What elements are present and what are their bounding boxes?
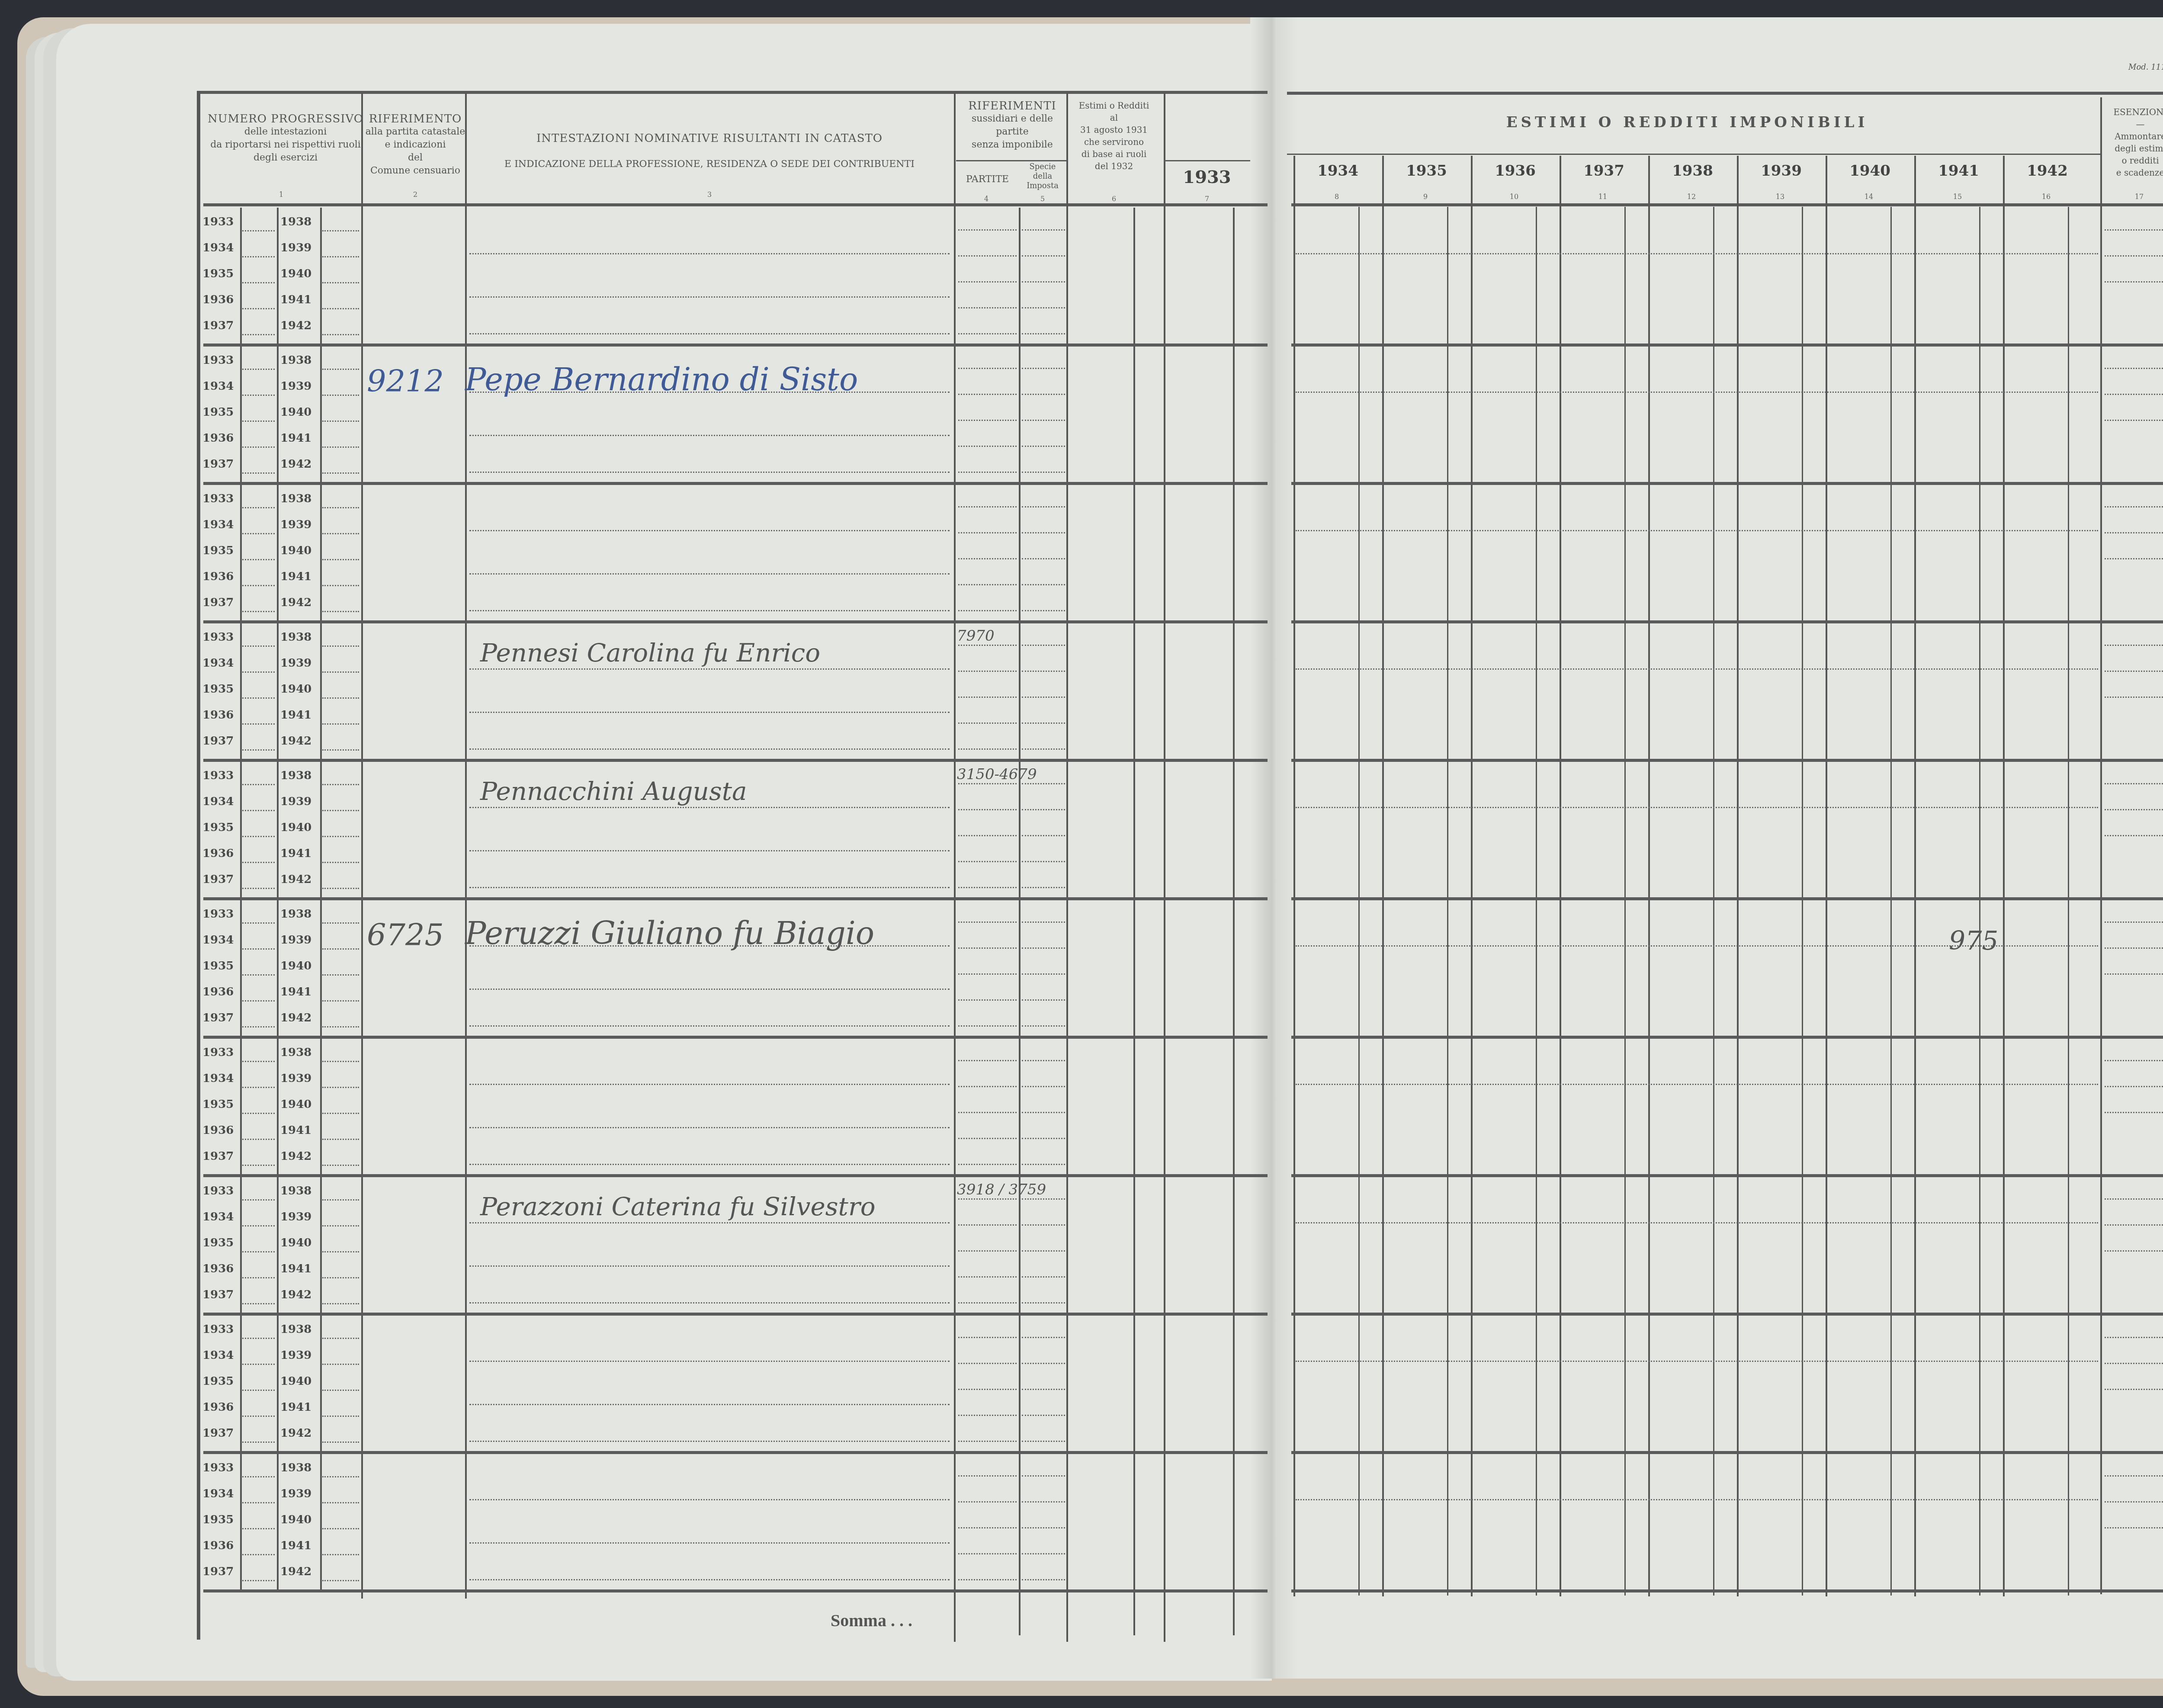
table-top-border [197,91,1268,94]
ref-line [958,1363,1017,1364]
col45-sub-rule [956,160,1066,161]
col2-header: RIFERIMENTO alla partita catastale e ind… [363,112,467,177]
esenzioni-left-divider [2100,97,2102,1594]
ref-line [958,1441,1017,1442]
year-label: 1938 [280,631,311,644]
col45-header: RIFERIMENTI sussidiari e delle partite s… [956,100,1069,151]
year-value-line [242,308,275,309]
year-label: 1933 [202,1461,234,1474]
ref-line [958,1164,1017,1165]
year-header: 1938 [1648,164,1737,177]
esenzioni-line [2105,1475,2163,1477]
name-line [469,989,950,990]
block-rule [203,482,1268,485]
year-label: 1939 [280,380,311,393]
esenzioni-line [2105,1363,2163,1364]
year-label: 1936 [202,1539,234,1552]
ref-line [958,921,1017,923]
year-header: 1937 [1560,164,1648,177]
year-column-divider [2003,156,2005,1596]
col17-number: 17 [2133,193,2146,201]
esenzioni-header: ESENZIONI — Ammontare degli estimi o red… [2102,106,2163,179]
col7-year: 1933 [1164,171,1250,184]
year-value-line [242,948,275,950]
name-line [469,1127,950,1128]
col5-number: 5 [1036,195,1049,203]
ref-line [958,671,1017,672]
year-column-number: 15 [1951,193,1964,201]
year-value-line [322,1390,359,1391]
year-column-divider [1648,156,1650,1596]
ref-line [1022,645,1065,646]
year-column-divider [1471,156,1473,1596]
year-label: 1939 [280,1349,311,1362]
col4-subheader: PARTITE [956,173,1019,186]
ref-line [1022,1415,1065,1416]
col5-subheader: Specie della Imposta [1019,162,1066,191]
esenzioni-line [2105,1224,2163,1226]
right-block-rule [1291,1036,2163,1039]
ref-line [1022,835,1065,836]
year-label: 1941 [280,570,311,583]
year-label: 1941 [280,986,311,998]
col7-subdiv [1233,208,1235,1635]
partita-number: 6725 [367,917,444,953]
year-value-line [322,559,359,560]
name-line [469,333,950,334]
year-label: 1942 [280,596,311,609]
year-label: 1939 [280,518,311,531]
year-value-line [242,1476,275,1477]
year-value-line [322,230,359,231]
year-label: 1937 [202,1565,234,1578]
year-value-line [322,256,359,257]
right-value-line [1296,1499,2098,1500]
name-line [469,1499,950,1500]
esenzioni-line [2105,921,2163,923]
col1-number: 1 [273,190,290,199]
ref-line [958,1302,1017,1303]
year-label: 1940 [280,544,311,557]
ref-line [1022,861,1065,862]
year-value-line [322,948,359,950]
cents-divider [1447,207,1448,1596]
year-value-line [242,1199,275,1201]
ref-line [958,420,1017,421]
year-label: 1942 [280,458,311,471]
ref-line [1022,506,1065,507]
col3-header: INTESTAZIONI NOMINATIVE RISULTANTI IN CA… [467,132,952,171]
year-label: 1936 [202,1124,234,1137]
ref-line [1022,1579,1065,1580]
year-value-line [242,1502,275,1503]
col3-number: 3 [701,190,718,199]
ref-line [958,887,1017,888]
year-label: 1938 [280,769,311,782]
cents-divider [1890,207,1892,1596]
year-value-line [242,974,275,976]
year-value-line [322,836,359,837]
ref-line [1022,1025,1065,1027]
year-label: 1941 [280,1401,311,1414]
name-line [469,807,950,808]
esenzioni-line [2105,1060,2163,1061]
ref-line [958,1337,1017,1338]
year-column-number: 12 [1685,193,1698,201]
year-label: 1940 [280,821,311,834]
year-label: 1935 [202,544,234,557]
name-line [469,1579,950,1580]
year-value-line [242,472,275,474]
ref-line [958,1025,1017,1027]
year-label: 1941 [280,1262,311,1275]
year-label: 1942 [280,1011,311,1024]
right-value-line [1296,392,2098,393]
year-label: 1933 [202,1046,234,1059]
esenzioni-line [2105,1198,2163,1200]
name-line [469,1361,950,1362]
name-line [469,1404,950,1405]
ref-line [1022,783,1065,784]
esenzioni-line [2105,1389,2163,1390]
year-value-line [322,611,359,612]
year-label: 1937 [202,1427,234,1440]
ref-line [1022,697,1065,698]
ref-line [1022,921,1065,923]
ref-line [958,610,1017,611]
year-header: 1935 [1382,164,1471,177]
header-bottom-rule [203,203,1268,206]
year-label: 1933 [202,1185,234,1198]
ref-line [958,1250,1017,1252]
taxpayer-name: Peruzzi Giuliano fu Biagio [465,915,874,951]
year-label: 1942 [280,735,311,748]
year-label: 1941 [280,1124,311,1137]
year-value-line [242,585,275,586]
esenzioni-line [2105,255,2163,257]
block-rule [203,1451,1268,1454]
year-value-line [242,922,275,924]
col1-col2-divider [361,93,363,1599]
ref-line [958,368,1017,369]
year-value-line [322,645,359,647]
year-value-line [242,862,275,863]
year-header: 1941 [1914,164,2003,177]
year-value-line [242,1416,275,1417]
book-gutter [1250,17,1298,1679]
year-value-line [322,282,359,283]
ref-line [958,1415,1017,1416]
year-label: 1935 [202,683,234,696]
year-value-line [322,395,359,396]
ref-line [1022,368,1065,369]
year-label: 1937 [202,458,234,471]
year-label: 1941 [280,293,311,306]
right-block-rule [1291,1451,2163,1454]
ref-line [1022,722,1065,724]
year-value-line [322,1554,359,1555]
year-value-line [242,749,275,751]
right-block-rule [1291,1589,2163,1592]
year-value-line [242,1277,275,1278]
name-line [469,1302,950,1303]
year-value-line [242,1113,275,1114]
year-value-line [322,922,359,924]
year-value-line [242,1364,275,1365]
year-column-number: 9 [1419,193,1432,201]
year-value-line [242,645,275,647]
year-value-line [242,256,275,257]
year-label: 1940 [280,683,311,696]
ref-line [958,1553,1017,1554]
year-label: 1939 [280,657,311,670]
year-column-number: 13 [1774,193,1787,201]
name-line [469,530,950,531]
year-value-line [322,888,359,889]
year-label: 1939 [280,1210,311,1223]
col1-header: NUMERO PROGRESSIVO delle intestazioni da… [199,112,372,164]
year-label: 1937 [202,1011,234,1024]
name-line [469,1265,950,1267]
name-line [469,573,950,575]
col6-subdiv [1133,208,1135,1635]
year-column-divider [1737,156,1739,1596]
year-value-line [242,334,275,335]
year-value-line [242,1338,275,1339]
esenzioni-line [2105,671,2163,672]
year-value-line [242,888,275,889]
right-header-bottom-rule [1291,203,2163,206]
name-line [469,1542,950,1544]
year-value-line [242,611,275,612]
year-header: 1942 [2003,164,2092,177]
year-label: 1936 [202,1262,234,1275]
esenzioni-line [2105,1250,2163,1252]
partite-ref: 7970 [957,627,995,645]
col6-header: Estimi o Redditi al 31 agosto 1931 che s… [1069,100,1159,172]
year-label: 1938 [280,1323,311,1336]
col6-number: 6 [1107,195,1120,203]
esenzioni-line [2105,809,2163,810]
year-value-line [322,974,359,976]
year-value-line [322,862,359,863]
right-block-rule [1291,620,2163,623]
ref-line [958,947,1017,949]
ref-line [958,1276,1017,1278]
estimi-section-title: ESTIMI O REDDITI IMPONIBILI [1471,116,1903,129]
col7-top-rule [1164,160,1250,161]
year-label: 1935 [202,1513,234,1526]
year-column-number: 10 [1508,193,1521,201]
year-value-line [322,671,359,673]
col6-col7-divider [1164,93,1165,1642]
value-1941-row6: 975 [1949,926,1999,956]
ref-line [1022,1138,1065,1139]
block-rule [203,1589,1268,1592]
ref-line [1022,446,1065,447]
ref-line [1022,1363,1065,1364]
year-header: 1940 [1826,164,1914,177]
year-label: 1933 [202,492,234,505]
year-label: 1935 [202,406,234,419]
name-line [469,1084,950,1085]
year-label: 1933 [202,631,234,644]
esenzioni-line [2105,281,2163,283]
year-value-line [322,1502,359,1503]
year-column-number: 11 [1596,193,1609,201]
year-label: 1936 [202,847,234,860]
year-label: 1941 [280,432,311,445]
year-value-line [242,507,275,508]
year-column-number: 8 [1330,193,1343,201]
year-value-line [322,1139,359,1140]
taxpayer-name: Perazzoni Caterina fu Silvestro [480,1192,876,1221]
ref-line [958,809,1017,810]
ref-line [1022,1224,1065,1226]
ref-line [958,1224,1017,1226]
ref-line [1022,1164,1065,1165]
name-line [469,610,950,611]
ref-line [958,1579,1017,1580]
year-label: 1942 [280,319,311,332]
right-page [1276,17,2163,1679]
year-label: 1940 [280,1236,311,1249]
ref-line [958,645,1017,646]
year-label: 1939 [280,934,311,947]
right-value-line [1296,1361,2098,1362]
ref-line [1022,1527,1065,1528]
ref-line [958,973,1017,975]
esenzioni-line [2105,420,2163,421]
right-block-rule [1291,897,2163,900]
col3-col4-divider [954,93,956,1642]
right-block-rule [1291,759,2163,762]
year-label: 1939 [280,1072,311,1085]
esenzioni-line [2105,1112,2163,1113]
year-label: 1937 [202,873,234,886]
ref-line [958,506,1017,507]
esenzioni-line [2105,1086,2163,1087]
year-value-line [242,1303,275,1304]
year-label: 1938 [280,1046,311,1059]
esenzioni-line [2105,368,2163,369]
partite-ref: 3918 / 3759 [957,1181,1046,1198]
ref-line [1022,887,1065,888]
cents-divider [1624,207,1626,1596]
year-label: 1934 [202,1072,234,1085]
ref-line [958,1086,1017,1087]
name-line [469,1164,950,1165]
year-value-line [322,472,359,474]
year-value-line [322,1580,359,1581]
ref-line [1022,999,1065,1001]
year-label: 1935 [202,1236,234,1249]
year-label: 1942 [280,1565,311,1578]
year-value-line [322,1061,359,1062]
year-value-line [242,1061,275,1062]
year-value-line [322,334,359,335]
year-value-line [322,1225,359,1226]
year-value-line [322,1303,359,1304]
name-line [469,668,950,670]
esenzioni-line [2105,558,2163,559]
esenzioni-line [2105,645,2163,646]
year-value-line [242,1165,275,1166]
ref-line [1022,748,1065,750]
partita-number: 9212 [367,363,444,399]
year-label: 1942 [280,1427,311,1440]
ref-line [1022,1389,1065,1390]
ref-line [1022,1276,1065,1278]
year-value-line [242,836,275,837]
year-label: 1934 [202,795,234,808]
ref-line [958,558,1017,559]
ref-line [1022,809,1065,810]
year-value-line [242,784,275,785]
year-value-line [322,1113,359,1114]
year-label: 1935 [202,960,234,973]
year-label: 1934 [202,934,234,947]
col4-number: 4 [980,195,993,203]
right-value-line [1296,668,2098,670]
ref-line [958,722,1017,724]
ref-line [958,532,1017,533]
year-value-line [322,533,359,534]
year-header: 1934 [1293,164,1382,177]
ref-line [1022,584,1065,585]
taxpayer-name: Pennesi Carolina fu Enrico [480,638,820,668]
partite-ref: 3150-4679 [957,766,1037,783]
year-value-line [242,1390,275,1391]
name-line [469,1222,950,1223]
block-rule [203,1313,1268,1316]
year-value-line [322,1199,359,1201]
right-value-line [1296,807,2098,808]
year-value-line [322,1277,359,1278]
year-label: 1942 [280,873,311,886]
ref-line [958,1389,1017,1390]
block-rule [203,620,1268,623]
ref-line [1022,333,1065,334]
year-label: 1933 [202,769,234,782]
right-block-rule [1291,1174,2163,1177]
year-value-line [322,421,359,422]
ref-line [1022,558,1065,559]
year-label: 1934 [202,657,234,670]
year-label: 1941 [280,709,311,722]
year-label: 1936 [202,1401,234,1414]
cents-divider [1536,207,1537,1596]
right-value-line [1296,253,2098,254]
right-block-rule [1291,482,2163,485]
year-value-line [322,1000,359,1002]
ref-line [1022,1553,1065,1554]
year-label: 1935 [202,821,234,834]
year-value-line [242,1225,275,1226]
year-label: 1938 [280,492,311,505]
ref-line [1022,281,1065,283]
years-top-rule [1287,154,2100,155]
esenzioni-line [2105,1527,2163,1528]
year-label: 1933 [202,1323,234,1336]
ref-line [1022,532,1065,533]
year-value-line [322,697,359,699]
ref-line [1022,472,1065,473]
esenzioni-line [2105,394,2163,395]
year-value-line [242,1000,275,1002]
year-column-divider [1293,156,1295,1596]
cents-divider [1802,207,1803,1596]
